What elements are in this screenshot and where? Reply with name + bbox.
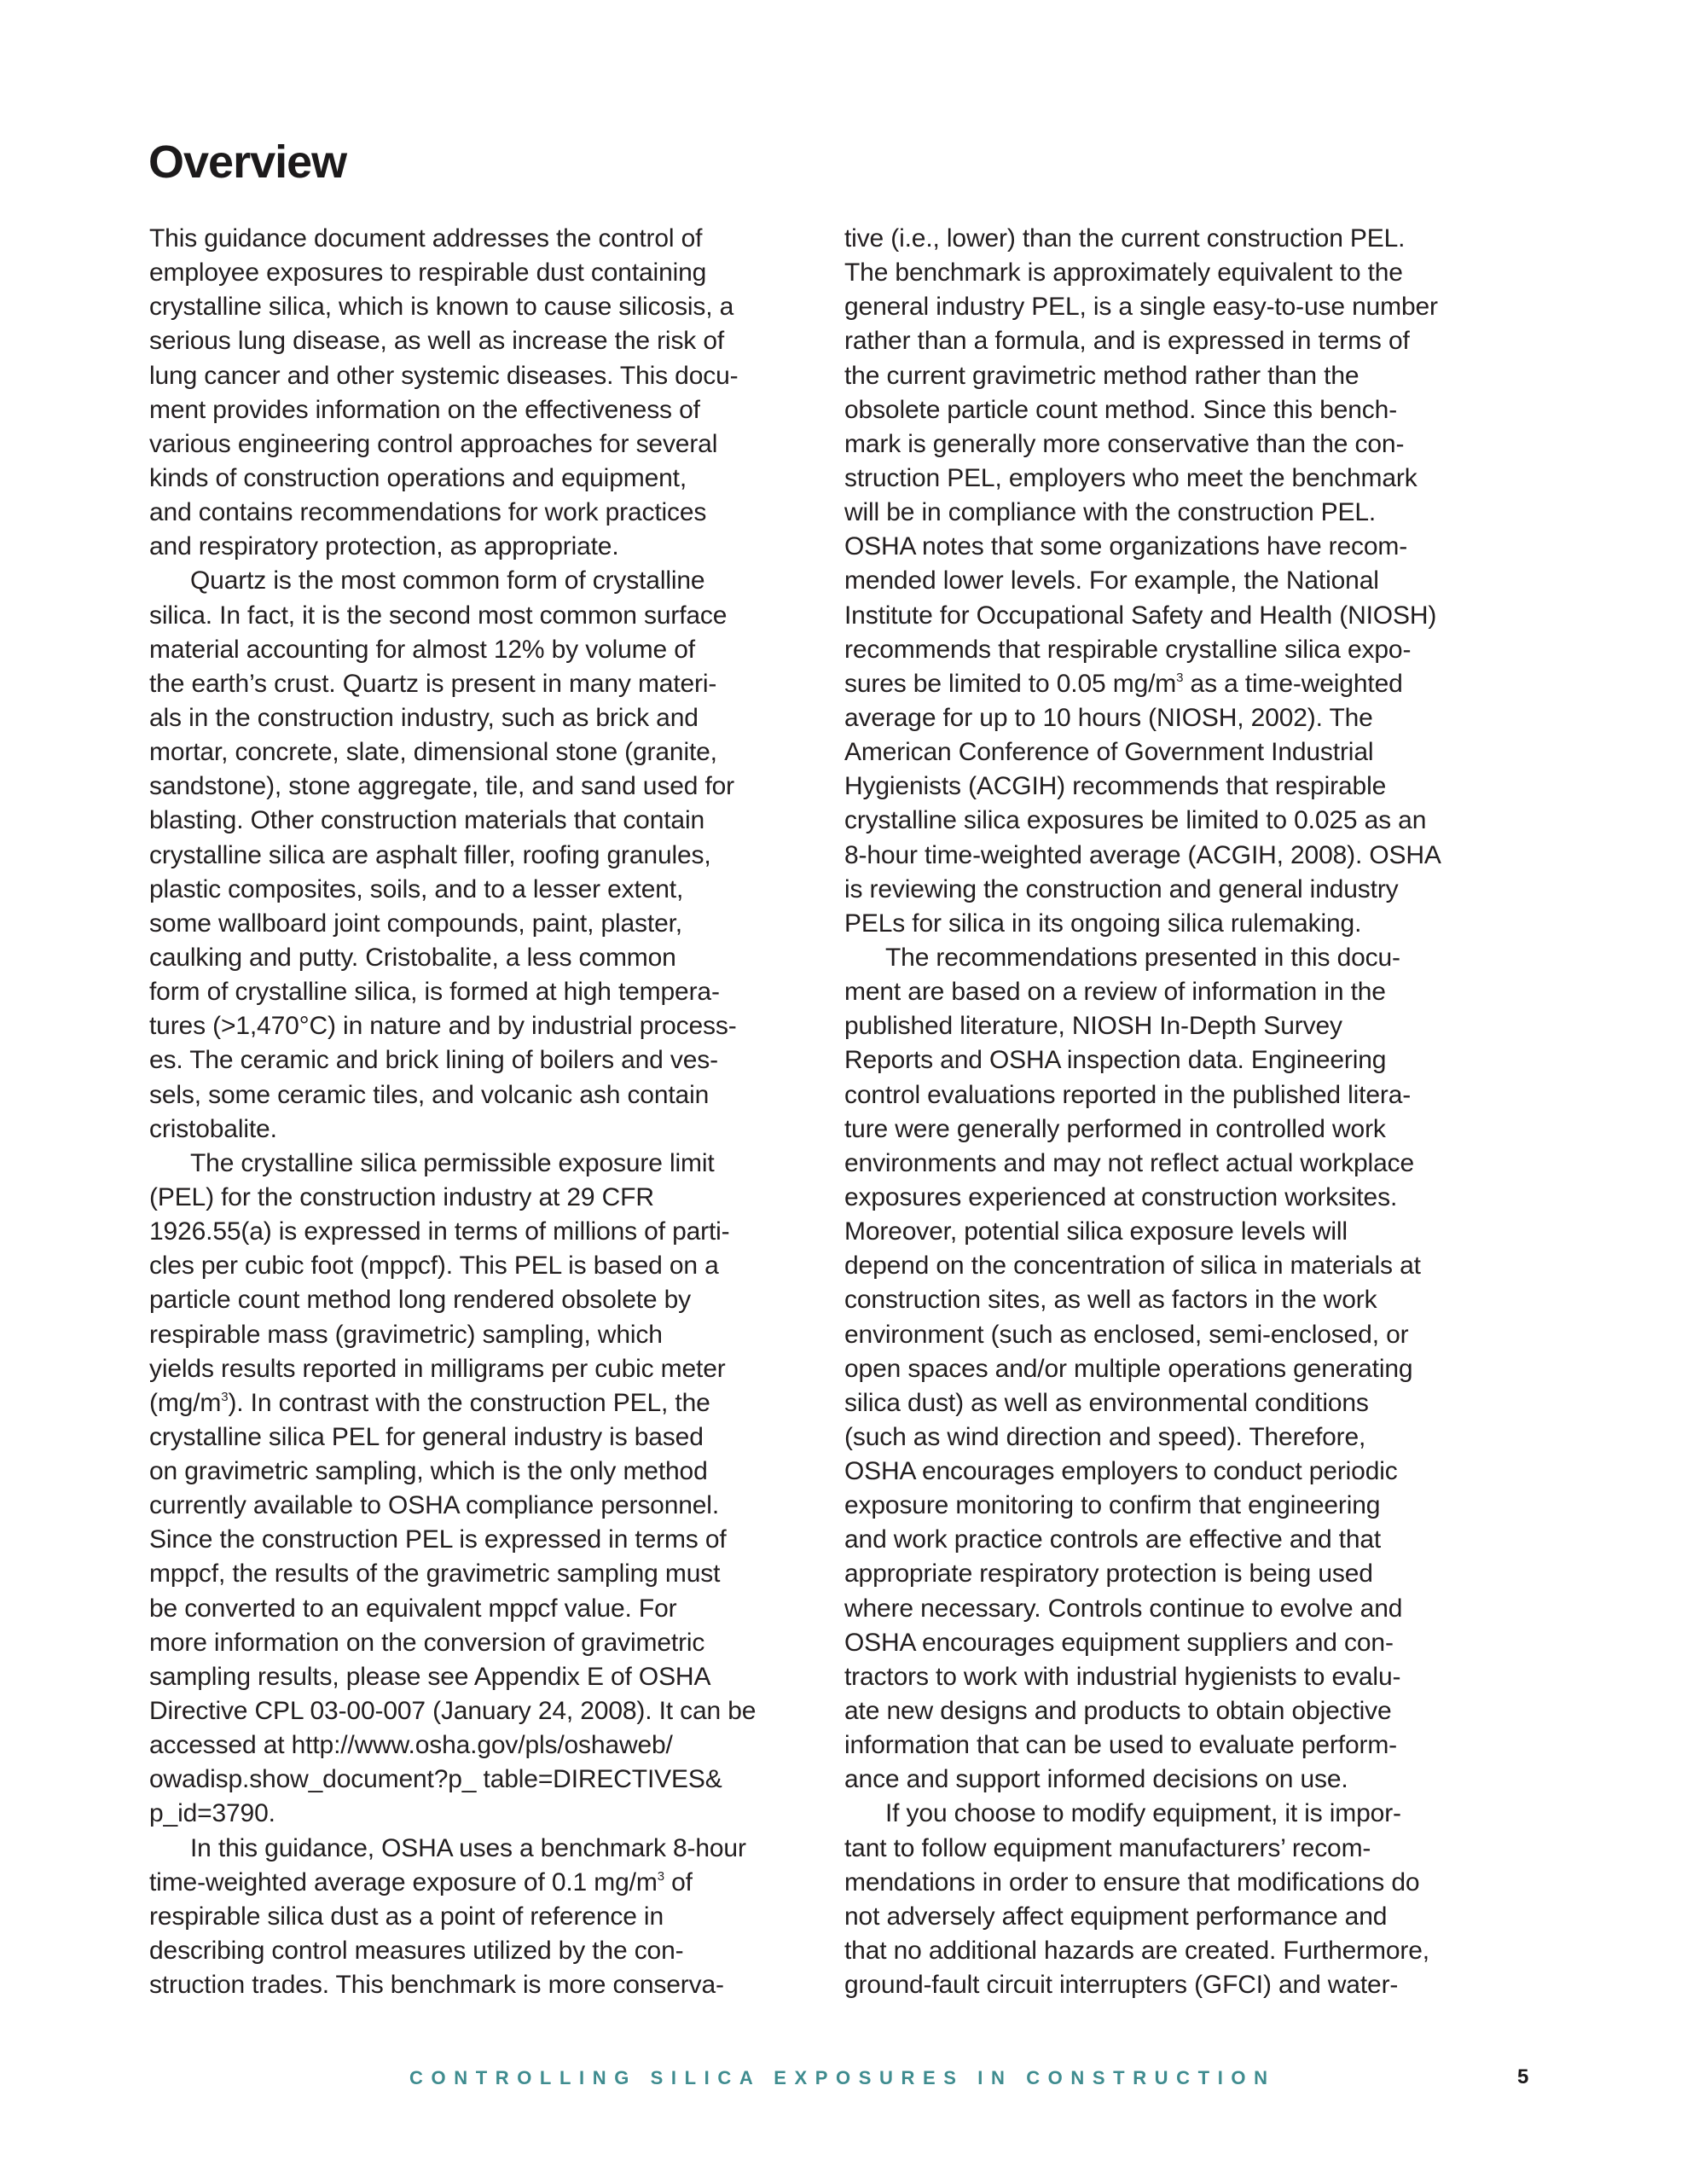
- text-line-content: silica. In fact, it is the second most c…: [149, 601, 727, 630]
- text-line-content: ment are based on a review of informatio…: [844, 978, 1386, 1006]
- text-line: time-weighted average exposure of 0.1 mg…: [149, 1866, 810, 1900]
- text-line-content: blasting. Other construction materials t…: [149, 806, 704, 834]
- text-line: Institute for Occupational Safety and He…: [844, 599, 1518, 633]
- text-line-content: exposure monitoring to confirm that engi…: [844, 1491, 1380, 1519]
- text-line-content: where necessary. Controls continue to ev…: [844, 1594, 1402, 1623]
- text-line-content: OSHA encourages employers to conduct per…: [844, 1457, 1398, 1485]
- text-line: ment are based on a review of informatio…: [844, 975, 1518, 1009]
- text-line-content: various engineering control approaches f…: [149, 430, 717, 458]
- text-line: respirable mass (gravimetric) sampling, …: [149, 1318, 810, 1352]
- text-line: 8-hour time-weighted average (ACGIH, 200…: [844, 839, 1518, 873]
- text-line: information that can be used to evaluate…: [844, 1728, 1518, 1763]
- text-line-content: environments and may not reflect actual …: [844, 1149, 1414, 1177]
- text-line-content: 1926.55(a) is expressed in terms of mill…: [149, 1217, 730, 1246]
- text-line: PELs for silica in its ongoing silica ru…: [844, 907, 1518, 941]
- text-line: 1926.55(a) is expressed in terms of mill…: [149, 1215, 810, 1249]
- text-line-content: construction sites, as well as factors i…: [844, 1286, 1377, 1314]
- text-line: OSHA encourages employers to conduct per…: [844, 1455, 1518, 1489]
- text-line-content: ment provides information on the effecti…: [149, 396, 700, 424]
- text-line-content: mark is generally more conservative than…: [844, 430, 1404, 458]
- text-line: rather than a formula, and is expressed …: [844, 324, 1518, 358]
- text-line-content: mortar, concrete, slate, dimensional sto…: [149, 738, 717, 766]
- text-line-content: plastic composites, soils, and to a less…: [149, 875, 683, 903]
- text-line: silica. In fact, it is the second most c…: [149, 599, 810, 633]
- text-line: sandstone), stone aggregate, tile, and s…: [149, 770, 810, 804]
- text-line-content: ance and support informed decisions on u…: [844, 1765, 1348, 1793]
- page-title: Overview: [148, 135, 346, 189]
- text-line: The benchmark is approximately equivalen…: [844, 256, 1518, 290]
- text-line: cristobalite.: [149, 1112, 810, 1147]
- text-line-content: information that can be used to evaluate…: [844, 1731, 1397, 1759]
- text-line-content: material accounting for almost 12% by vo…: [149, 636, 695, 664]
- text-line: that no additional hazards are created. …: [844, 1934, 1518, 1968]
- text-line: Reports and OSHA inspection data. Engine…: [844, 1043, 1518, 1077]
- text-line: exposures experienced at construction wo…: [844, 1181, 1518, 1215]
- text-line-content: sandstone), stone aggregate, tile, and s…: [149, 772, 734, 800]
- text-line: control evaluations reported in the publ…: [844, 1078, 1518, 1112]
- text-line-content: sures be limited to 0.05 mg/m: [844, 670, 1176, 698]
- text-line-content: respirable silica dust as a point of ref…: [149, 1902, 664, 1931]
- text-line-content: silica dust) as well as environmental co…: [844, 1389, 1369, 1417]
- text-line-content: obsolete particle count method. Since th…: [844, 396, 1397, 424]
- text-line: crystalline silica exposures be limited …: [844, 804, 1518, 838]
- text-line-content: employee exposures to respirable dust co…: [149, 258, 706, 287]
- text-line-content: open spaces and/or multiple operations g…: [844, 1355, 1412, 1383]
- text-line: be converted to an equivalent mppcf valu…: [149, 1592, 810, 1626]
- text-line: If you choose to modify equipment, it is…: [844, 1797, 1518, 1831]
- text-line: es. The ceramic and brick lining of boil…: [149, 1043, 810, 1077]
- text-line-content: recommends that respirable crystalline s…: [844, 636, 1411, 664]
- text-line-content: general industry PEL, is a single easy-t…: [844, 293, 1438, 321]
- text-line: plastic composites, soils, and to a less…: [149, 873, 810, 907]
- text-line: is reviewing the construction and genera…: [844, 873, 1518, 907]
- text-line: some wallboard joint compounds, paint, p…: [149, 907, 810, 941]
- text-line-content: crystalline silica PEL for general indus…: [149, 1423, 704, 1451]
- text-line: blasting. Other construction materials t…: [149, 804, 810, 838]
- text-line-content: p_id=3790.: [149, 1799, 275, 1827]
- text-line-content: als in the construction industry, such a…: [149, 704, 699, 732]
- text-line: employee exposures to respirable dust co…: [149, 256, 810, 290]
- text-line-content: be converted to an equivalent mppcf valu…: [149, 1594, 676, 1623]
- text-line: OSHA notes that some organizations have …: [844, 530, 1518, 564]
- text-line: struction PEL, employers who meet the be…: [844, 462, 1518, 496]
- text-line: American Conference of Government Indust…: [844, 735, 1518, 770]
- text-line: The crystalline silica permissible expos…: [149, 1147, 810, 1181]
- text-line: accessed at http://www.osha.gov/pls/osha…: [149, 1728, 810, 1763]
- text-line: mortar, concrete, slate, dimensional sto…: [149, 735, 810, 770]
- text-line: respirable silica dust as a point of ref…: [149, 1900, 810, 1934]
- text-line: on gravimetric sampling, which is the on…: [149, 1455, 810, 1489]
- text-line: ate new designs and products to obtain o…: [844, 1694, 1518, 1728]
- text-line: general industry PEL, is a single easy-t…: [844, 290, 1518, 324]
- text-line-content: time-weighted average exposure of 0.1 mg…: [149, 1868, 658, 1896]
- text-line-content: mppcf, the results of the gravimetric sa…: [149, 1560, 720, 1588]
- text-line-content: tant to follow equipment manufacturers’ …: [844, 1834, 1371, 1862]
- text-line: yields results reported in milligrams pe…: [149, 1352, 810, 1386]
- text-line: form of crystalline silica, is formed at…: [149, 975, 810, 1009]
- text-line: mark is generally more conservative than…: [844, 427, 1518, 462]
- text-line: crystalline silica, which is known to ca…: [149, 290, 810, 324]
- text-line-content: and contains recommendations for work pr…: [149, 498, 706, 526]
- text-line: published literature, NIOSH In-Depth Sur…: [844, 1009, 1518, 1043]
- text-line-content: caulking and putty. Cristobalite, a less…: [149, 944, 676, 972]
- text-line: not adversely affect equipment performan…: [844, 1900, 1518, 1934]
- text-line: and contains recommendations for work pr…: [149, 496, 810, 530]
- text-line-content: depend on the concentration of silica in…: [844, 1252, 1421, 1280]
- text-line: where necessary. Controls continue to ev…: [844, 1592, 1518, 1626]
- text-line-content: cristobalite.: [149, 1115, 277, 1143]
- text-line: average for up to 10 hours (NIOSH, 2002)…: [844, 701, 1518, 735]
- text-line-continuation: of: [664, 1868, 693, 1896]
- text-line: environment (such as enclosed, semi-encl…: [844, 1318, 1518, 1352]
- text-line: OSHA encourages equipment suppliers and …: [844, 1626, 1518, 1660]
- text-line-continuation: as a time-weighted: [1183, 670, 1402, 698]
- text-line-content: Institute for Occupational Safety and He…: [844, 601, 1436, 630]
- text-line: silica dust) as well as environmental co…: [844, 1386, 1518, 1420]
- text-line-content: on gravimetric sampling, which is the on…: [149, 1457, 708, 1485]
- text-line-content: (PEL) for the construction industry at 2…: [149, 1183, 654, 1211]
- text-line-content: 8-hour time-weighted average (ACGIH, 200…: [844, 841, 1441, 869]
- text-line-content: the current gravimetric method rather th…: [844, 362, 1359, 390]
- text-line-content: the earth’s crust. Quartz is present in …: [149, 670, 716, 698]
- running-footer-title: CONTROLLING SILICA EXPOSURES IN CONSTRUC…: [409, 2067, 1276, 2089]
- text-line-content: ture were generally performed in control…: [844, 1115, 1386, 1143]
- text-line: owadisp.show_document?p_ table=DIRECTIVE…: [149, 1763, 810, 1797]
- text-line: p_id=3790.: [149, 1797, 810, 1831]
- text-line-content: more information on the conversion of gr…: [149, 1629, 704, 1657]
- text-line: In this guidance, OSHA uses a benchmark …: [149, 1832, 810, 1866]
- text-line: ment provides information on the effecti…: [149, 393, 810, 427]
- text-line-content: yields results reported in milligrams pe…: [149, 1355, 726, 1383]
- text-line-content: The benchmark is approximately equivalen…: [844, 258, 1403, 287]
- text-line-content: respirable mass (gravimetric) sampling, …: [149, 1321, 663, 1349]
- text-line: crystalline silica are asphalt filler, r…: [149, 839, 810, 873]
- text-line: more information on the conversion of gr…: [149, 1626, 810, 1660]
- text-line-content: Since the construction PEL is expressed …: [149, 1525, 727, 1554]
- text-line: currently available to OSHA compliance p…: [149, 1489, 810, 1523]
- text-line-content: In this guidance, OSHA uses a benchmark …: [190, 1834, 746, 1862]
- text-line: describing control measures utilized by …: [149, 1934, 810, 1968]
- text-line-content: sampling results, please see Appendix E …: [149, 1663, 710, 1691]
- text-line: Quartz is the most common form of crysta…: [149, 564, 810, 598]
- text-line: (PEL) for the construction industry at 2…: [149, 1181, 810, 1215]
- text-line-content: PELs for silica in its ongoing silica ru…: [844, 909, 1361, 938]
- text-line-content: es. The ceramic and brick lining of boil…: [149, 1046, 718, 1074]
- text-line: exposure monitoring to confirm that engi…: [844, 1489, 1518, 1523]
- text-line: Since the construction PEL is expressed …: [149, 1523, 810, 1557]
- text-line-content: environment (such as enclosed, semi-encl…: [844, 1321, 1408, 1349]
- text-line: will be in compliance with the construct…: [844, 496, 1518, 530]
- text-line: tant to follow equipment manufacturers’ …: [844, 1832, 1518, 1866]
- text-line: (such as wind direction and speed). Ther…: [844, 1420, 1518, 1455]
- text-line-content: currently available to OSHA compliance p…: [149, 1491, 719, 1519]
- text-line-content: OSHA encourages equipment suppliers and …: [844, 1629, 1394, 1657]
- text-line-content: mendations in order to ensure that modif…: [844, 1868, 1419, 1896]
- text-line-content: describing control measures utilized by …: [149, 1937, 683, 1965]
- text-line-content: Moreover, potential silica exposure leve…: [844, 1217, 1348, 1246]
- text-line-content: Directive CPL 03-00-007 (January 24, 200…: [149, 1697, 756, 1725]
- text-line-content: particle count method long rendered obso…: [149, 1286, 691, 1314]
- text-line-content: serious lung disease, as well as increas…: [149, 327, 724, 355]
- text-line-content: tractors to work with industrial hygieni…: [844, 1663, 1400, 1691]
- text-line: crystalline silica PEL for general indus…: [149, 1420, 810, 1455]
- text-line-content: not adversely affect equipment performan…: [844, 1902, 1387, 1931]
- text-line-content: (such as wind direction and speed). Ther…: [844, 1423, 1365, 1451]
- text-line-content: mended lower levels. For example, the Na…: [844, 566, 1379, 595]
- text-line-content: form of crystalline silica, is formed at…: [149, 978, 720, 1006]
- text-line: caulking and putty. Cristobalite, a less…: [149, 941, 810, 975]
- text-line: cles per cubic foot (mppcf). This PEL is…: [149, 1249, 810, 1283]
- text-line-continuation: ). In contrast with the construction PEL…: [228, 1389, 710, 1417]
- text-line: tive (i.e., lower) than the current cons…: [844, 222, 1518, 256]
- text-line: depend on the concentration of silica in…: [844, 1249, 1518, 1283]
- text-line: tures (>1,470°C) in nature and by indust…: [149, 1009, 810, 1043]
- text-line: and work practice controls are effective…: [844, 1523, 1518, 1557]
- text-line: mended lower levels. For example, the Na…: [844, 564, 1518, 598]
- text-line-content: rather than a formula, and is expressed …: [844, 327, 1410, 355]
- text-line-content: OSHA notes that some organizations have …: [844, 532, 1407, 561]
- right-column: tive (i.e., lower) than the current cons…: [844, 222, 1518, 2002]
- text-line-content: If you choose to modify equipment, it is…: [885, 1799, 1401, 1827]
- text-line: various engineering control approaches f…: [149, 427, 810, 462]
- left-column: This guidance document addresses the con…: [149, 222, 810, 2002]
- text-line-content: The recommendations presented in this do…: [885, 944, 1400, 972]
- text-line-content: is reviewing the construction and genera…: [844, 875, 1399, 903]
- text-line-content: will be in compliance with the construct…: [844, 498, 1376, 526]
- text-line-content: that no additional hazards are created. …: [844, 1937, 1429, 1965]
- text-line: tractors to work with industrial hygieni…: [844, 1660, 1518, 1694]
- text-line: ground-fault circuit interrupters (GFCI)…: [844, 1968, 1518, 2002]
- text-line: (mg/m3). In contrast with the constructi…: [149, 1386, 810, 1420]
- text-line-content: ate new designs and products to obtain o…: [844, 1697, 1392, 1725]
- text-line-content: published literature, NIOSH In-Depth Sur…: [844, 1012, 1342, 1040]
- text-line-content: tive (i.e., lower) than the current cons…: [844, 224, 1405, 253]
- text-line: serious lung disease, as well as increas…: [149, 324, 810, 358]
- text-line-content: Hygienists (ACGIH) recommends that respi…: [844, 772, 1386, 800]
- text-line-content: Quartz is the most common form of crysta…: [190, 566, 704, 595]
- text-line: open spaces and/or multiple operations g…: [844, 1352, 1518, 1386]
- text-line-content: This guidance document addresses the con…: [149, 224, 702, 253]
- text-line-content: and work practice controls are effective…: [844, 1525, 1381, 1554]
- text-line-content: crystalline silica are asphalt filler, r…: [149, 841, 711, 869]
- text-line: struction trades. This benchmark is more…: [149, 1968, 810, 2002]
- superscript: 3: [658, 1869, 664, 1884]
- text-line-content: owadisp.show_document?p_ table=DIRECTIVE…: [149, 1765, 722, 1793]
- text-line-content: struction trades. This benchmark is more…: [149, 1971, 724, 1999]
- text-line-content: lung cancer and other systemic diseases.…: [149, 362, 738, 390]
- text-line: appropriate respiratory protection is be…: [844, 1557, 1518, 1591]
- text-line: ture were generally performed in control…: [844, 1112, 1518, 1147]
- text-line-content: tures (>1,470°C) in nature and by indust…: [149, 1012, 737, 1040]
- text-line: ance and support informed decisions on u…: [844, 1763, 1518, 1797]
- text-line: mendations in order to ensure that modif…: [844, 1866, 1518, 1900]
- text-line-content: kinds of construction operations and equ…: [149, 464, 687, 492]
- text-line: particle count method long rendered obso…: [149, 1283, 810, 1317]
- text-line: lung cancer and other systemic diseases.…: [149, 359, 810, 393]
- text-line-content: control evaluations reported in the publ…: [844, 1081, 1411, 1109]
- text-line-content: Reports and OSHA inspection data. Engine…: [844, 1046, 1386, 1074]
- text-line: sures be limited to 0.05 mg/m3 as a time…: [844, 667, 1518, 701]
- text-line-content: average for up to 10 hours (NIOSH, 2002)…: [844, 704, 1373, 732]
- page-number: 5: [1517, 2065, 1528, 2089]
- text-line: This guidance document addresses the con…: [149, 222, 810, 256]
- text-line-content: struction PEL, employers who meet the be…: [844, 464, 1417, 492]
- text-line-content: sels, some ceramic tiles, and volcanic a…: [149, 1081, 709, 1109]
- text-line: Moreover, potential silica exposure leve…: [844, 1215, 1518, 1249]
- text-line: material accounting for almost 12% by vo…: [149, 633, 810, 667]
- text-line: Hygienists (ACGIH) recommends that respi…: [844, 770, 1518, 804]
- text-line: kinds of construction operations and equ…: [149, 462, 810, 496]
- text-line-content: The crystalline silica permissible expos…: [190, 1149, 715, 1177]
- text-line-content: appropriate respiratory protection is be…: [844, 1560, 1373, 1588]
- text-line: the earth’s crust. Quartz is present in …: [149, 667, 810, 701]
- text-line: and respiratory protection, as appropria…: [149, 530, 810, 564]
- text-line: sels, some ceramic tiles, and volcanic a…: [149, 1078, 810, 1112]
- text-line: als in the construction industry, such a…: [149, 701, 810, 735]
- text-line: recommends that respirable crystalline s…: [844, 633, 1518, 667]
- text-line: the current gravimetric method rather th…: [844, 359, 1518, 393]
- text-line-content: ground-fault circuit interrupters (GFCI)…: [844, 1971, 1398, 1999]
- text-line-content: and respiratory protection, as appropria…: [149, 532, 619, 561]
- text-line: environments and may not reflect actual …: [844, 1147, 1518, 1181]
- text-line-content: crystalline silica exposures be limited …: [844, 806, 1426, 834]
- text-line: mppcf, the results of the gravimetric sa…: [149, 1557, 810, 1591]
- text-line-content: some wallboard joint compounds, paint, p…: [149, 909, 682, 938]
- text-line-content: (mg/m: [149, 1389, 221, 1417]
- text-line-content: cles per cubic foot (mppcf). This PEL is…: [149, 1252, 719, 1280]
- text-line: obsolete particle count method. Since th…: [844, 393, 1518, 427]
- text-line-content: crystalline silica, which is known to ca…: [149, 293, 733, 321]
- text-line: construction sites, as well as factors i…: [844, 1283, 1518, 1317]
- text-line-content: American Conference of Government Indust…: [844, 738, 1373, 766]
- text-line: The recommendations presented in this do…: [844, 941, 1518, 975]
- text-line: sampling results, please see Appendix E …: [149, 1660, 810, 1694]
- text-line: Directive CPL 03-00-007 (January 24, 200…: [149, 1694, 810, 1728]
- text-line-content: exposures experienced at construction wo…: [844, 1183, 1397, 1211]
- text-line-content: accessed at http://www.osha.gov/pls/osha…: [149, 1731, 673, 1759]
